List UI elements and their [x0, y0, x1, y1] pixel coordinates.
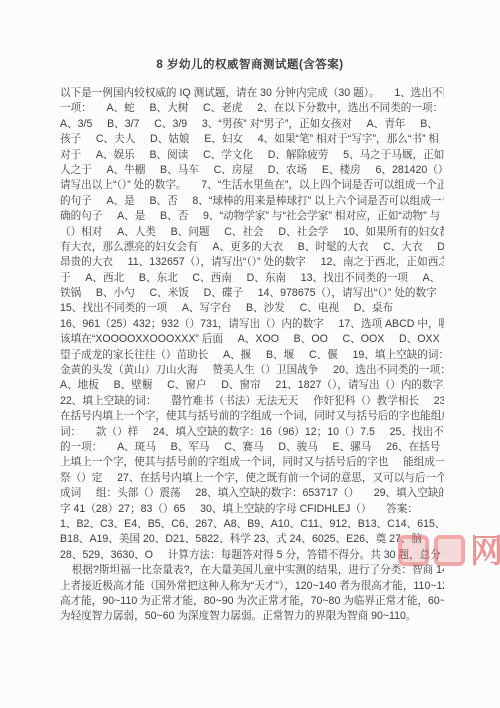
text-line: 16、961（25）432；932（）731，请写出（）内的数字 17、选项 A…: [60, 317, 444, 332]
text-line: 22、填上空缺的词： 罄竹难书（书法）无法无天 作奸犯科（）教学相长 23、: [60, 394, 444, 409]
text-line: 词： 款（）样 24、填入空缺的数字：16（96）12；10（）7.5 25、找…: [60, 425, 444, 440]
text-line: 上者接近极高才能（国外常把这种人称为“天才”），120~140 者为很高才能，1…: [60, 579, 444, 594]
text-line: 字 41（28）27；83（）65 30、填上空缺的字母 CFIDHLEJ（） …: [60, 502, 444, 517]
text-line: B18、A19、美国 20、D21、5822、科学 23、式 24、6025、E…: [60, 532, 444, 547]
text-line: 28、529、3630、O 计算方法：每题答对得 5 分，答错不得分。共 30 …: [60, 548, 444, 563]
text-line: 15、找出不同类的一项 A、写字台 B、沙发 C、电视 D、桌布: [60, 301, 444, 316]
text-line: 根据?斯坦福一比奈量表?，在大量美国儿童中实测的结果，进行了分类：智商 140 …: [60, 563, 444, 578]
text-line: 1、B2、C3、E4、B5、C6、267、A8、B9、A10、C11、912、B…: [60, 517, 444, 532]
text-line: 的一项： A、斑马 B、军马 C、赛马 D、骏马 E、骡马 26、在括号: [60, 440, 444, 455]
text-line: 铁锅 B、小勺 C、米饭 D、碟子 14、978675（），请写出“（）” 处的…: [60, 286, 444, 301]
text-line: 在括号内填上一个字，使其与括号前的字组成一个词，同时又与括号后的字也能组成一个: [60, 409, 444, 424]
text-line: 上填上一个字，使其与括号前的字组成一个词，同时又与括号后的字也 能组成一个词：: [60, 455, 444, 470]
text-line: A、地板 B、壁橱 C、窗户 D、窗帘 21、1827（），请写出（）内的数字。: [60, 378, 444, 393]
text-line: 有大衣，那么漂亮的妇女会有 A、更多的大衣 B、时髦的大衣 C、大衣 D、: [60, 240, 444, 255]
text-line: 请写出以上“（）” 处的数字。 7、“生活水里鱼在”，以上四个词是否可以组成一个…: [60, 178, 444, 193]
text-line: A、3/5 B、3/7 C、3/9 3、“男孩” 对“男子”，正如女孩对 A、青…: [60, 117, 444, 132]
text-line: 成词 组：头部（）震荡 28、填入空缺的数字：653717（） 29、填入空缺的…: [60, 486, 444, 501]
text-line: 孩子 C、夫人 D、姑娘 E、妇女 4、如果“笔” 相对于“写字”，那么“书” …: [60, 132, 444, 147]
text-line: 于 A、西北 B、东北 C、西南 D、东南 13、找出不同类的一项 A、: [60, 271, 444, 286]
text-line: 昂贵的大衣 11、132657（），请写出“（）” 处的数字 12、南之于西北，…: [60, 255, 444, 270]
text-line: 一项： A、蛇 B、大树 C、老虎 2、在以下分数中，选出不同类的一项：: [60, 101, 444, 116]
watermark-text: 网: [470, 534, 500, 567]
text-line: 高才能，90~110 为正常才能，80~90 为次正常才能，70~80 为临界正…: [60, 594, 444, 609]
text-line: 望子成龙的家长往往（）苗助长 A、揠 B、堰 C、偃 19、填上空缺的词：: [60, 348, 444, 363]
text-line: 金黄的头发（黄山）刀山火海 赞美人生（）卫国战争 20、选出不同类的一项：: [60, 363, 444, 378]
text-line: 该填在“XOOOOXXOOOXXX” 后面 A、XOO B、OO C、OOX D…: [60, 332, 444, 347]
text-line: 以下是一例国内较权威的 IQ 测试题，请在 30 分钟内完成（30 题）。 1、…: [60, 86, 444, 101]
text-line: 祭（）定 27、在括号内填上一个字，使之既有前一个词的意思，又可以与后一个词组: [60, 471, 444, 486]
text-line: 确的句子 A、是 B、否 9、“动物学家” 与“社会学家” 相对应，正如“动物”…: [60, 209, 444, 224]
text-line: 人之于 A、牛棚 B、马车 C、房屋 D、农场 E、楼房 6、281420（）: [60, 163, 444, 178]
document-page: 8 岁幼儿的权威智商测试题(含答案) 以下是一例国内较权威的 IQ 测试题，请在…: [0, 0, 500, 708]
text-line: 对于 A、娱乐 B、阅读 C、学文化 D、解除疲劳 5、马之于马厩，正如: [60, 148, 444, 163]
page-title: 8 岁幼儿的权威智商测试题(含答案): [0, 56, 500, 72]
text-line: 的句子 A、是 B、否 8、“球棒的用来是棒球打” 以上六个词是否可以组成一个正: [60, 194, 444, 209]
text-line: 为轻度智力孱弱，50~60 为深度智力孱弱。正常智力的界限为智商 90~110。: [60, 609, 444, 624]
document-body: 以下是一例国内较权威的 IQ 测试题，请在 30 分钟内完成（30 题）。 1、…: [60, 86, 444, 625]
text-line: （）相对 A、人类 B、问题 C、社会 D、社会学 10、如果所有的妇女都: [60, 225, 444, 240]
